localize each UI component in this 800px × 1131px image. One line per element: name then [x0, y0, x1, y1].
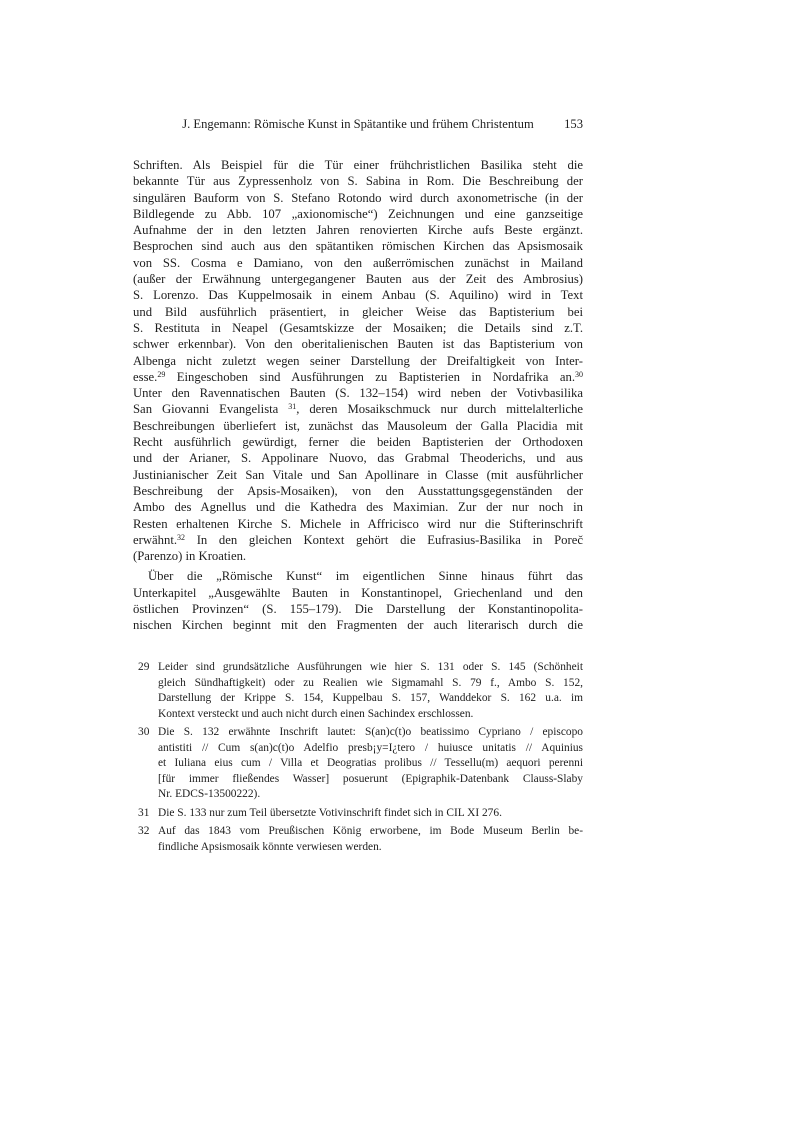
text-line: et Iuliana eius cum / Villa et Deogratia… [158, 756, 583, 772]
text-line: Auf das 1843 vom Preußischen König erwor… [158, 824, 583, 840]
text-line: findliche Apsismosaik könnte verwiesen w… [158, 840, 583, 856]
text-line: Unter den Ravennatischen Bauten (S. 132–… [133, 385, 583, 401]
footnote-number: 30 [138, 725, 149, 741]
text-line: Darstellung der Krippe S. 154, Kuppelbau… [158, 691, 583, 707]
body-text: Schriften. Als Beispiel für die Tür eine… [133, 157, 583, 634]
text-line: Beschreibungen überliefert ist, zunächst… [133, 418, 583, 434]
paragraph-2: Über die „Römische Kunst“ im eigentliche… [133, 568, 583, 633]
text-line: (außer der Erwähnung untergegangener Bau… [133, 271, 583, 287]
footnote-marker: 31 [288, 402, 296, 411]
text-line: Albenga nicht zuletzt wegen seiner Darst… [133, 353, 583, 369]
footnote-text: Auf das 1843 vom Preußischen König erwor… [158, 824, 583, 855]
text-line: Über die „Römische Kunst“ im eigentliche… [133, 568, 583, 584]
text-line: östlichen Provinzen“ (S. 155–179). Die D… [133, 601, 583, 617]
text-line: und der Arianer, S. Appolinare Nuovo, da… [133, 450, 583, 466]
text-line: S. Lorenzo. Das Kuppelmosaik in einem An… [133, 287, 583, 303]
footnote: 31Die S. 133 nur zum Teil übersetzte Vot… [133, 806, 583, 822]
text-line: (Parenzo) in Kroatien. [133, 548, 583, 564]
text-line: Leider sind grundsätzliche Ausführungen … [158, 660, 583, 676]
text-line: Die S. 133 nur zum Teil übersetzte Votiv… [158, 806, 583, 822]
footnote-number: 29 [138, 660, 149, 676]
text-line: Aufnahme der in den letzten Jahren renov… [133, 222, 583, 238]
footnote-marker: 32 [177, 533, 185, 542]
text-line: von SS. Cosma e Damiano, von den außerrö… [133, 255, 583, 271]
text-line: nischen Kirchen beginnt mit den Fragment… [133, 617, 583, 633]
text-line: S. Restituta in Neapel (Gesamtskizze der… [133, 320, 583, 336]
text-line: Ambo des Agnellus und die Kathedra des M… [133, 499, 583, 515]
footnote-text: Die S. 133 nur zum Teil übersetzte Votiv… [158, 806, 583, 822]
text-line: esse.29 Eingeschoben sind Ausführungen z… [133, 369, 583, 385]
footnote-marker: 30 [575, 370, 583, 379]
text-line: Resten erhaltenen Kirche S. Michele in A… [133, 516, 583, 532]
footnote-marker: 29 [157, 370, 165, 379]
text-line: Beschreibung der Apsis-Mosaiken), von de… [133, 483, 583, 499]
footnotes-section: 29Leider sind grundsätzliche Ausführunge… [133, 660, 583, 858]
text-line: Kontext versteckt und auch nicht durch e… [158, 707, 583, 723]
footnote: 30Die S. 132 erwähnte Inschrift lautet: … [133, 725, 583, 803]
footnote-number: 31 [138, 806, 149, 822]
text-line: und Bild ausführlich präsentiert, in gle… [133, 304, 583, 320]
text-line: San Giovanni Evangelista 31, deren Mosai… [133, 401, 583, 417]
footnote-text: Leider sind grundsätzliche Ausführungen … [158, 660, 583, 722]
text-line: Nr. EDCS-13500222). [158, 787, 583, 803]
text-line: Unterkapitel „Ausgewählte Bauten in Kons… [133, 585, 583, 601]
footnote-text: Die S. 132 erwähnte Inschrift lautet: S(… [158, 725, 583, 803]
scanned-page: J. Engemann: Römische Kunst in Spätantik… [0, 0, 800, 1131]
text-line: Recht ausführlich gewürdigt, ferner die … [133, 434, 583, 450]
footnote: 29Leider sind grundsätzliche Ausführunge… [133, 660, 583, 722]
text-line: singulären Bauform von S. Stefano Rotond… [133, 190, 583, 206]
text-line: Bildlegende zu Abb. 107 „axionomische“) … [133, 206, 583, 222]
page-number: 153 [564, 116, 583, 132]
text-line: Besprochen sind auch aus den spätantiken… [133, 238, 583, 254]
text-line: bekannte Tür aus Zypressenholz von S. Sa… [133, 173, 583, 189]
text-line: gleich Sündhaftigkeit) oder zu Realien w… [158, 676, 583, 692]
running-head: J. Engemann: Römische Kunst in Spätantik… [133, 116, 583, 132]
running-head-title: J. Engemann: Römische Kunst in Spätantik… [182, 117, 534, 131]
text-line: Schriften. Als Beispiel für die Tür eine… [133, 157, 583, 173]
paragraph-1: Schriften. Als Beispiel für die Tür eine… [133, 157, 583, 564]
text-line: schwer erkennbar). Von den oberitalienis… [133, 336, 583, 352]
text-line: Die S. 132 erwähnte Inschrift lautet: S(… [158, 725, 583, 741]
footnote-number: 32 [138, 824, 149, 840]
text-line: Justinianischer Zeit San Vitale und San … [133, 467, 583, 483]
text-line: [für immer fließendes Wasser] posuerunt … [158, 772, 583, 788]
text-line: antistiti // Cum s(an)c(t)o Adelfio pres… [158, 741, 583, 757]
footnote: 32Auf das 1843 vom Preußischen König erw… [133, 824, 583, 855]
text-line: erwähnt.32 In den gleichen Kontext gehör… [133, 532, 583, 548]
